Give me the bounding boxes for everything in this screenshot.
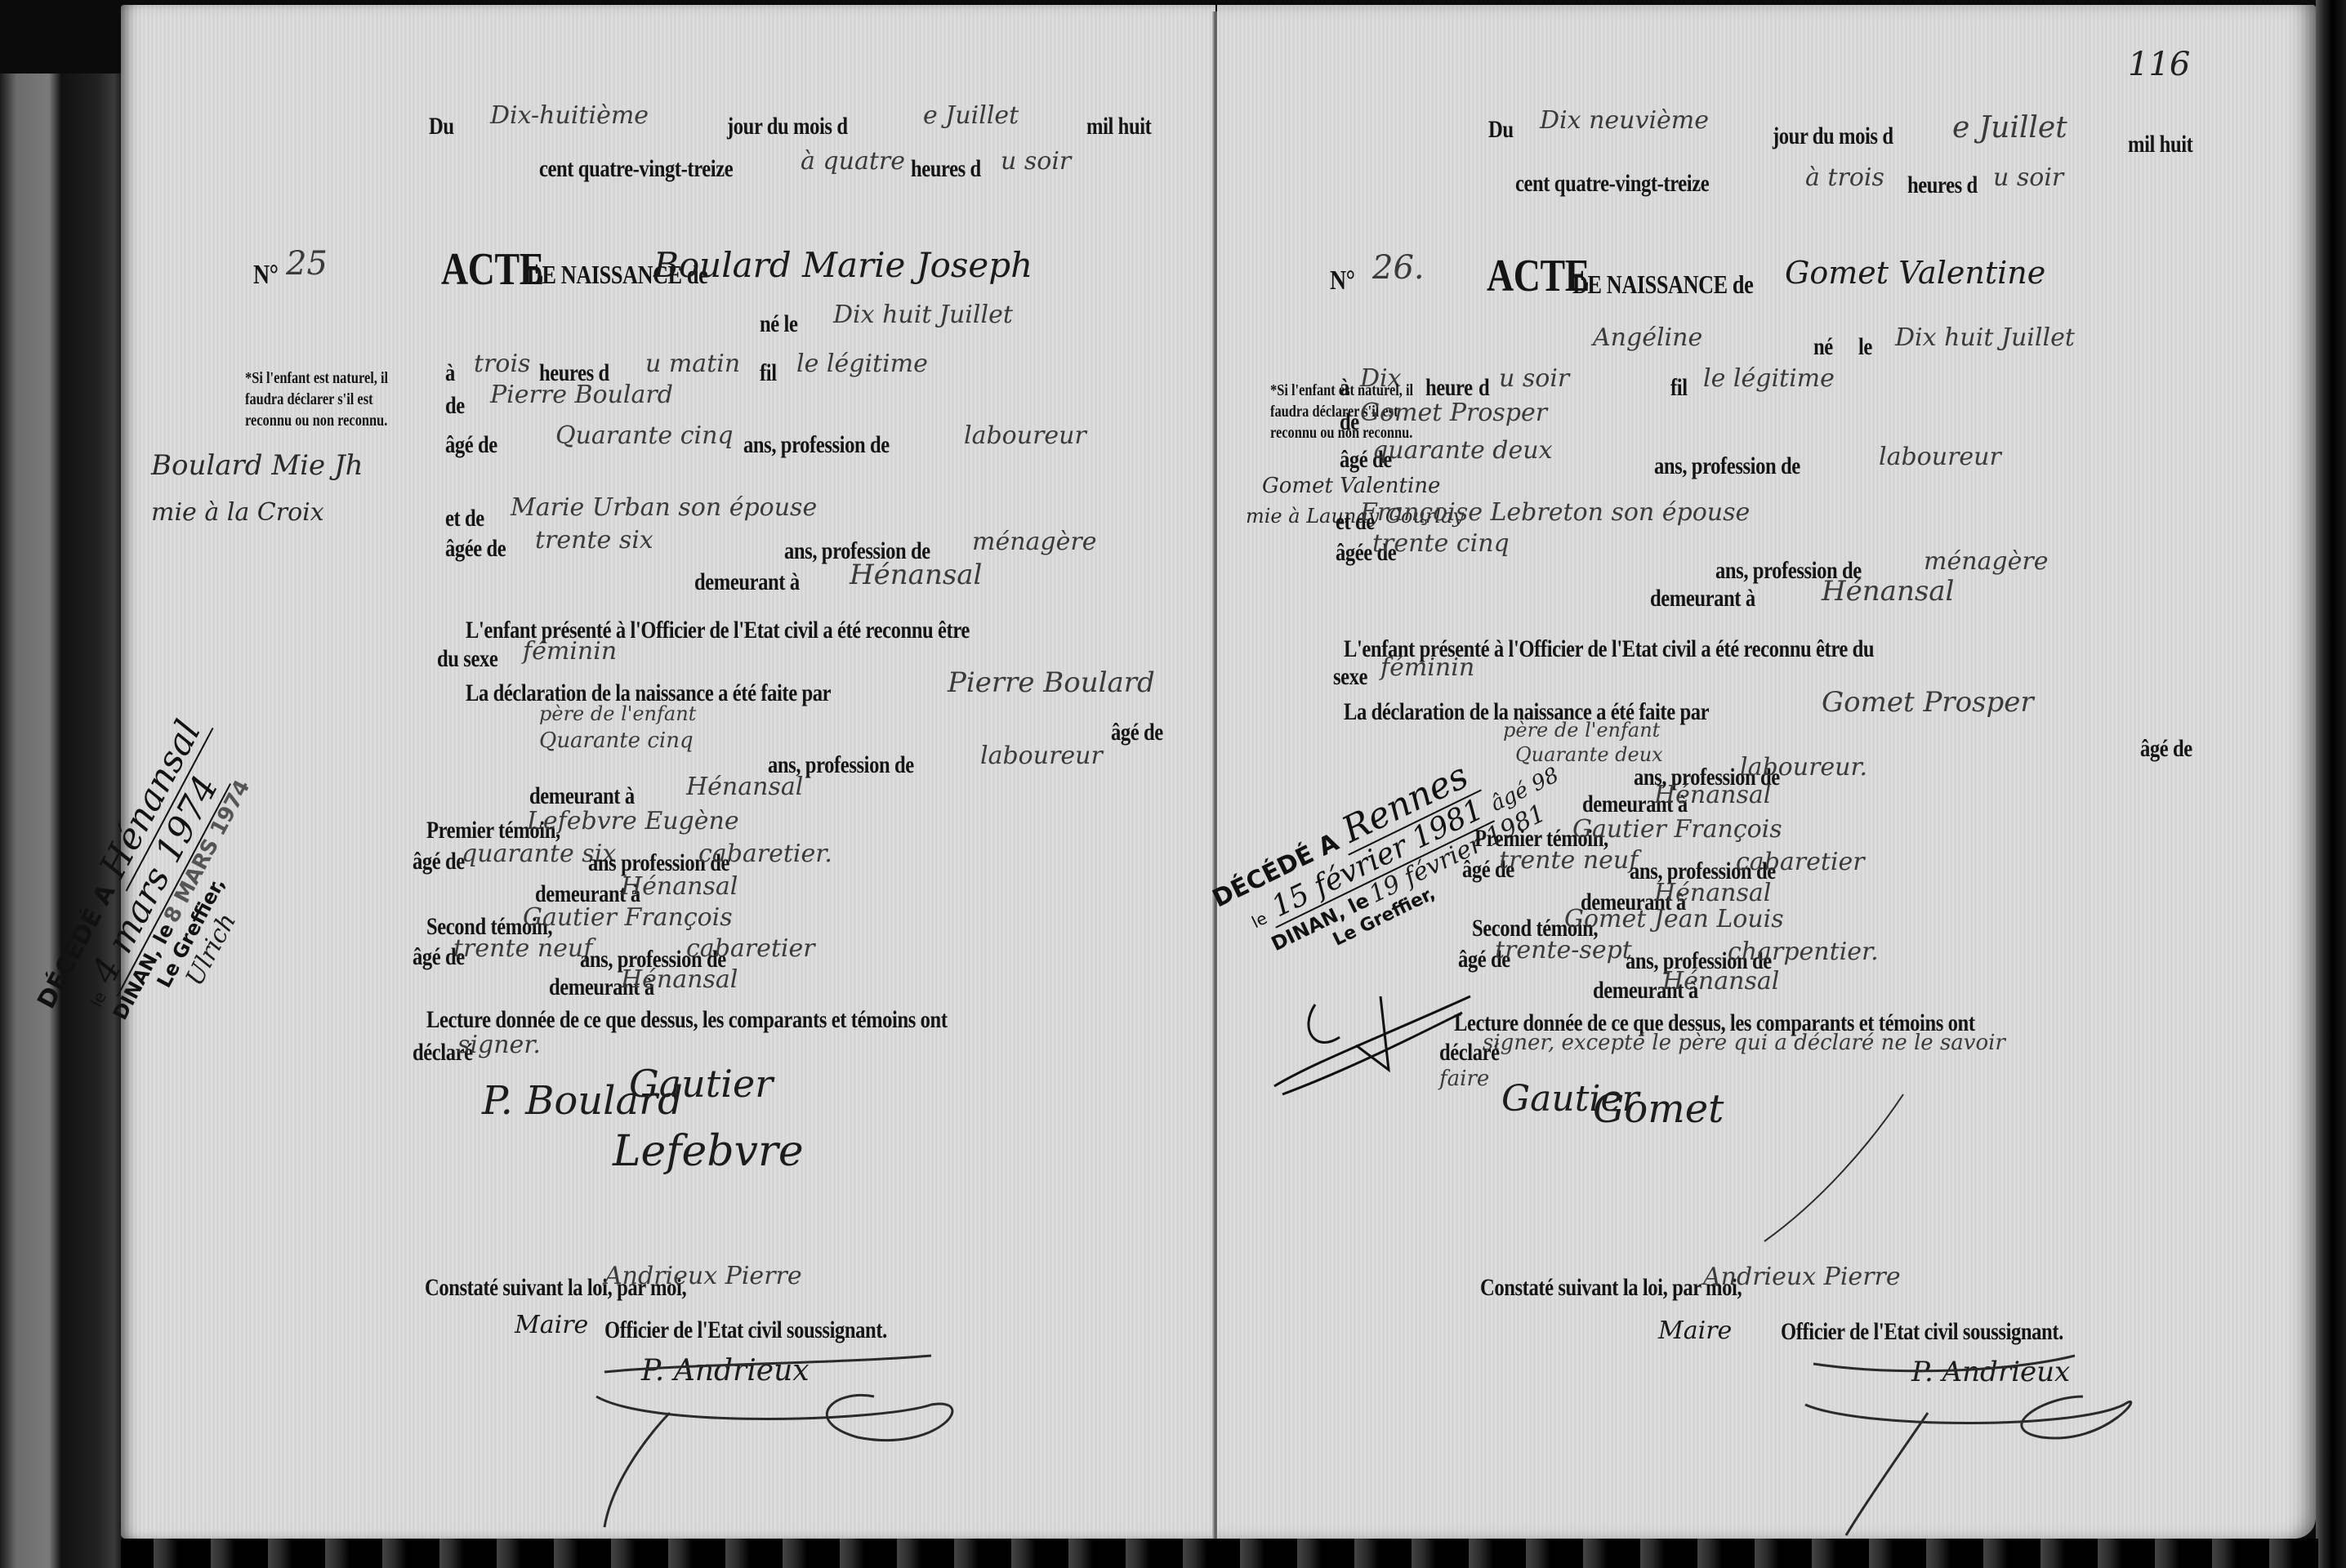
header-mil-huit: mil huit — [1086, 113, 1151, 140]
born-label-2: le — [1858, 333, 1872, 361]
hours-label-2: d — [1479, 374, 1489, 402]
witness1-profession: cabaretier. — [698, 840, 832, 868]
father-profession: laboureur — [964, 421, 1086, 450]
declarant-age: Quarante cinq — [539, 728, 694, 753]
declared-value: signer. — [457, 1031, 541, 1059]
officer-name: Andrieux Pierre — [1703, 1263, 1901, 1291]
father-profession-label: ans, profession de — [743, 431, 890, 459]
born-label: né — [1813, 333, 1833, 361]
book-binding-left — [0, 73, 123, 1568]
officer-signature-flourish — [1797, 1347, 2140, 1543]
fils-label: fil — [1670, 374, 1688, 402]
header-month: e Juillet — [923, 101, 1019, 130]
page-number: 116 — [2128, 46, 2190, 83]
fils-value: le légitime — [1703, 364, 1835, 393]
header-heures: heures d — [911, 155, 981, 183]
sex-label: du sexe — [437, 645, 497, 673]
header-year: cent quatre-vingt-treize — [1515, 170, 1709, 198]
header-hour: à quatre — [801, 147, 905, 176]
witness1-profession: cabaretier — [1736, 848, 1865, 876]
residence-label: demeurant à — [1650, 585, 1755, 612]
father-age: Quarante cinq — [555, 421, 734, 450]
witness1-residence: Hénansal — [1654, 879, 1771, 907]
witness1-name: Lefebvre Eugène — [527, 807, 739, 835]
witness2-name: Gautier François — [523, 903, 733, 932]
et-de-label: et de — [445, 505, 484, 532]
residence: Hénansal — [850, 559, 982, 591]
officer-role-hand: Maire — [515, 1311, 588, 1339]
header-month: e Juillet — [1952, 111, 2067, 145]
declarant-age-label: âgé de — [2140, 735, 2192, 763]
margin-note-line1: Gomet Valentine — [1262, 474, 1440, 498]
declarant-name: Pierre Boulard — [948, 666, 1155, 699]
mother-profession: ménagère — [972, 528, 1096, 556]
declarant-relation: père de l'enfant — [539, 702, 696, 725]
father-profession-label: ans, profession de — [1654, 452, 1800, 480]
fils-value: le légitime — [796, 350, 928, 378]
header-heures: heures d — [1907, 171, 1978, 199]
naissance-title: DE NAISSANCE de — [1572, 269, 1753, 300]
mother-profession: ménagère — [1924, 547, 2048, 576]
born-date: Dix huit Juillet — [833, 301, 1013, 329]
header-day: Dix-huitième — [490, 101, 649, 130]
reading-text: Lecture donnée de ce que dessus, les com… — [426, 1006, 948, 1034]
witness2-age: trente neuf — [453, 934, 592, 963]
witness2-name: Gomet Jean Louis — [1564, 905, 1784, 933]
witness2-residence: Hénansal — [621, 965, 738, 994]
mother-name: Françoise Lebreton son épouse — [1360, 498, 1750, 527]
child-name: Gomet Valentine — [1785, 255, 2045, 291]
header-jour-du-mois: jour du mois d — [727, 113, 848, 140]
witness2-profession: cabaretier — [686, 934, 815, 963]
stamp-greffier-signature — [1266, 980, 1479, 1102]
de-label: de — [445, 392, 465, 420]
declarant-age-label: âgé de — [1111, 719, 1163, 746]
declarant-residence-label: demeurant à — [529, 782, 635, 810]
residence: Hénansal — [1822, 575, 1954, 608]
act-number: 26. — [1372, 249, 1425, 287]
mother-age-label: âgée de — [445, 535, 506, 563]
birth-period: u soir — [1499, 364, 1569, 393]
fils-label: fil — [760, 359, 777, 387]
declared-value: signer, excepté le père qui a déclaré ne… — [1483, 1031, 2005, 1055]
born-date: Dix huit Juillet — [1895, 323, 2075, 352]
birth-period: u matin — [645, 350, 740, 378]
header-period: u soir — [1001, 147, 1071, 176]
stamp-le-label: le — [1248, 908, 1270, 932]
signature-lefebvre: Lefebvre — [613, 1127, 804, 1176]
sex-value: féminin — [1380, 653, 1474, 682]
father-age-label: âgé de — [445, 431, 497, 459]
sex-value: féminin — [523, 637, 617, 666]
signature-gautier: Gautier — [629, 1062, 773, 1106]
signature-gomet: Gomet — [1593, 1086, 1724, 1132]
witness1-age-label: âgé de — [413, 848, 465, 875]
father-age: quarante deux — [1372, 436, 1553, 465]
header-year: cent quatre-vingt-treize — [539, 155, 733, 183]
witness2-residence: Hénansal — [1662, 967, 1779, 996]
de-label: de — [1340, 408, 1359, 436]
margin-note-line1: Boulard Mie Jh — [151, 449, 363, 482]
father-profession: laboureur — [1879, 443, 2001, 471]
father-name: Pierre Boulard — [490, 381, 673, 409]
officer-signature-flourish — [588, 1339, 980, 1535]
mother-age: trente cinq — [1372, 529, 1510, 558]
officer-label: Officier de l'Etat civil soussignant. — [1781, 1318, 2063, 1346]
book-edge-right — [2316, 0, 2346, 1568]
stamp-le-label: le — [86, 988, 110, 1010]
witness1-name: Gautier François — [1572, 815, 1782, 844]
born-label: né le — [760, 310, 797, 338]
header-day: Dix neuvième — [1540, 106, 1709, 135]
footnote: *Si l'enfant est naturel, il faudra décl… — [245, 367, 419, 431]
declarant-profession: laboureur — [980, 742, 1103, 770]
witness2-profession: charpentier. — [1728, 938, 1879, 966]
act-number: 25 — [286, 245, 328, 283]
mother-age: trente six — [535, 526, 653, 555]
header-hour: à trois — [1805, 163, 1884, 192]
header-du: Du — [1488, 116, 1514, 144]
officer-name: Andrieux Pierre — [604, 1262, 802, 1290]
act-number-label: N° — [1330, 265, 1354, 296]
witness1-residence: Hénansal — [621, 872, 738, 901]
declarant-residence: Hénansal — [1654, 781, 1771, 809]
at-label: à — [445, 359, 455, 387]
child-name: Boulard Marie Joseph — [653, 245, 1033, 285]
child-name-2: Angéline — [1593, 323, 1702, 352]
witness2-age: trente-sept — [1495, 936, 1632, 964]
margin-note-line2: mie à la Croix — [151, 498, 324, 527]
declarant-residence: Hénansal — [686, 773, 803, 801]
act-number-label: N° — [253, 260, 278, 291]
header-jour-du-mois: jour du mois d — [1773, 122, 1893, 150]
residence-label: demeurant à — [694, 568, 800, 596]
officer-role-hand: Maire — [1658, 1316, 1732, 1345]
declarant-name: Gomet Prosper — [1822, 686, 2034, 719]
birth-hour: trois — [474, 350, 530, 378]
header-du: Du — [429, 113, 454, 140]
father-name: Gomet Prosper — [1360, 399, 1547, 427]
header-mil-huit: mil huit — [2128, 131, 2192, 158]
sex-label: sexe — [1333, 663, 1367, 691]
declarant-profession: laboureur. — [1740, 753, 1867, 782]
signature-gomet-flourish — [1756, 1086, 1960, 1249]
header-period: u soir — [1993, 163, 2063, 192]
mother-name: Marie Urban son épouse — [511, 493, 817, 522]
